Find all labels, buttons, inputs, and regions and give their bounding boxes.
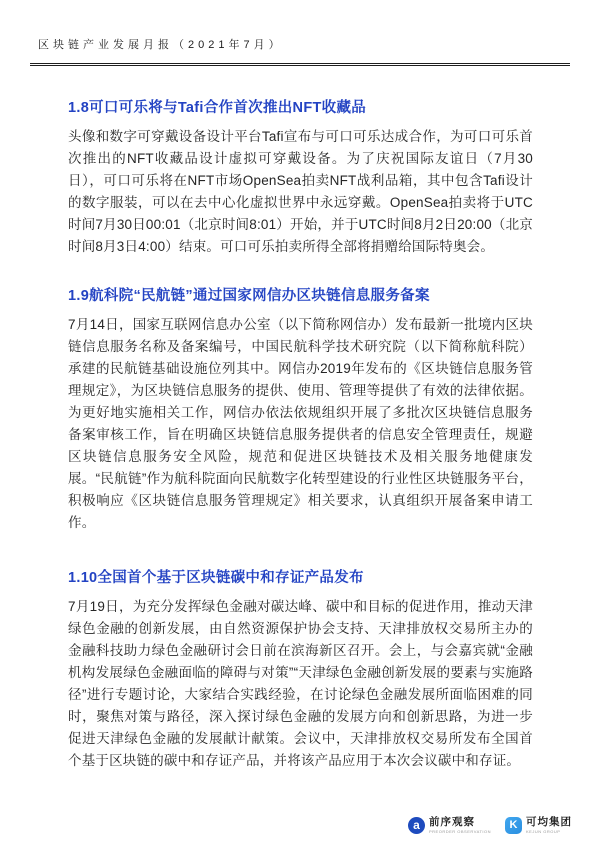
footer-logo-kejun: K 可均集团 KEJUN GROUP [505,817,572,834]
section-1-8-body: 头像和数字可穿戴设备设计平台Tafi宣布与可口可乐达成合作，为可口可乐首次推出的… [68,126,533,258]
section-1-9-body: 7月14日，国家互联网信息办公室（以下简称网信办）发布最新一批境内区块链信息服务… [68,314,533,534]
qianxu-logo-texts: 前序观察 PREORDER OBSERVATION [429,817,491,834]
section-1-10-heading: 1.10全国首个基于区块链碳中和存证产品发布 [68,566,533,587]
section-1-8: 1.8可口可乐将与Tafi合作首次推出NFT收藏品 头像和数字可穿戴设备设计平台… [68,96,533,258]
qianxu-circle-a-icon: a [408,817,425,834]
section-1-10-body: 7月19日，为充分发挥绿色金融对碳达峰、碳中和目标的促进作用，推动天津绿色金融的… [68,596,533,772]
kejun-logo-name: 可均集团 [526,817,572,828]
footer-logo-qianxu: a 前序观察 PREORDER OBSERVATION [408,817,491,834]
page-header: 区块链产业发展月报（2021年7月） [30,36,570,66]
kejun-k-icon: K [505,817,522,834]
section-1-9-heading: 1.9航科院“民航链”通过国家网信办区块链信息服务备案 [68,284,533,305]
kejun-logo-texts: 可均集团 KEJUN GROUP [526,817,572,834]
kejun-logo-subtext: KEJUN GROUP [526,830,572,834]
report-page: 区块链产业发展月报（2021年7月） 1.8可口可乐将与Tafi合作首次推出NF… [0,0,600,849]
qianxu-logo-subtext: PREORDER OBSERVATION [429,830,491,834]
section-1-9: 1.9航科院“民航链”通过国家网信办区块链信息服务备案 7月14日，国家互联网信… [68,284,533,534]
section-1-8-heading: 1.8可口可乐将与Tafi合作首次推出NFT收藏品 [68,96,533,117]
page-content: 1.8可口可乐将与Tafi合作首次推出NFT收藏品 头像和数字可穿戴设备设计平台… [68,70,533,772]
page-footer: a 前序观察 PREORDER OBSERVATION K 可均集团 KEJUN… [408,817,572,834]
page-header-title: 区块链产业发展月报（2021年7月） [30,36,570,52]
section-1-10: 1.10全国首个基于区块链碳中和存证产品发布 7月19日，为充分发挥绿色金融对碳… [68,566,533,772]
qianxu-logo-name: 前序观察 [429,817,491,828]
